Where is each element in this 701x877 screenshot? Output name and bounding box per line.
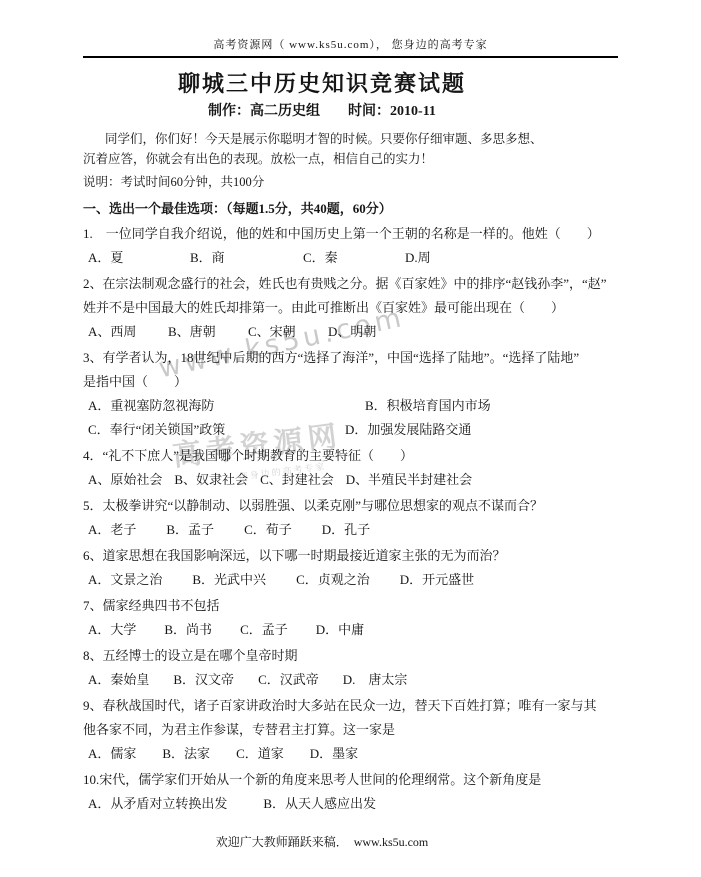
question-10-options: A．从矛盾对立转换出发 B．从天人感应出发: [83, 792, 618, 816]
subtitle-time: 时间：2010-11: [348, 104, 436, 119]
question-2-option-c: C、宋朝: [248, 320, 328, 344]
question-3-option-a: A．重视塞防忽视海防: [88, 394, 365, 418]
question-5-option-d: D．孔子: [322, 518, 370, 542]
question-2-option-b: B、唐朝: [168, 320, 248, 344]
question-6-text: 6、道家思想在我国影响深远，以下哪一时期最接近道家主张的无为而治？: [83, 544, 618, 568]
question-1-option-b: B．商: [190, 246, 303, 270]
question-9-option-a: A．儒家: [88, 742, 136, 766]
question-5-options: A．老子 B．孟子 C．荀子 D．孔子: [83, 518, 618, 542]
question-5-option-c: C．荀子: [244, 518, 292, 542]
question-8-option-d: D. 唐太宗: [343, 668, 408, 692]
question-8: 8、五经博士的设立是在哪个皇帝时期 A．秦始皇 B．汉文帝 C．汉武帝 D. 唐…: [83, 644, 618, 692]
question-3: 3、有学者认为，18世纪中后期的西方“选择了海洋”，中国“选择了陆地”。“选择了…: [83, 346, 618, 442]
question-2-option-a: A、西周: [88, 320, 168, 344]
intro-paragraph: 同学们，你们好！今天是展示你聪明才智的时候。只要你仔细审题、多思多想、 沉着应答…: [83, 129, 618, 169]
subtitle-maker: 制作：高二历史组: [208, 104, 320, 119]
question-4-text: 4．“礼不下庶人”是我国哪个时期教育的主要特征（ ）: [83, 444, 618, 468]
question-4-option-a: A、原始社会: [88, 468, 162, 492]
document-page: www.ks5u.com 高考资源网 您身边的高考专家 高考资源网（ www.k…: [0, 0, 701, 877]
question-1-option-a: A．夏: [88, 246, 190, 270]
question-10-option-a: A．从矛盾对立转换出发: [88, 792, 227, 816]
question-1-option-d: D.周: [405, 246, 431, 270]
question-6-options: A．文景之治 B．光武中兴 C．贞观之治 D．开元盛世: [83, 568, 618, 592]
question-9-text-line-1: 9、春秋战国时代，诸子百家讲政治时大多站在民众一边，替天下百姓打算；唯有一家与其: [83, 694, 618, 718]
question-2-text-line-2: 姓并不是中国最大的姓氏却排第一。由此可推断出《百家姓》最可能出现在（ ）: [83, 296, 618, 320]
question-2-options: A、西周 B、唐朝 C、宋朝 D、明朝: [83, 320, 618, 344]
question-7-option-d: D．中庸: [316, 618, 364, 642]
footer-text: 欢迎广大教师踊跃来稿． www.ks5u.com: [83, 834, 561, 850]
question-4-options: A、原始社会 B、奴隶社会 C、封建社会 D、半殖民半封建社会: [83, 468, 618, 492]
question-1: 1. 一位同学自我介绍说，他的姓和中国历史上第一个王朝的名称是一样的。他姓（ ）…: [83, 222, 618, 270]
question-1-option-c: C．秦: [303, 246, 405, 270]
page-content: 高考资源网（ www.ks5u.com）， 您身边的高考专家 聊城三中历史知识竞…: [83, 38, 618, 850]
question-3-option-b: B．积极培育国内市场: [365, 394, 491, 418]
question-9-text-line-2: 他各家不同，为君主作参谋，专替君主打算。这一家是: [83, 718, 618, 742]
subtitle-line: 制作：高二历史组时间：2010-11: [83, 102, 561, 121]
question-3-text-line-2: 是指中国（ ）: [83, 370, 618, 394]
intro-line-2: 沉着应答，你就会有出色的表现。放松一点，相信自己的实力！: [83, 149, 618, 169]
question-8-option-a: A．秦始皇: [88, 668, 149, 692]
question-8-text: 8、五经博士的设立是在哪个皇帝时期: [83, 644, 618, 668]
question-3-options-row-2: C．奉行“闭关锁国”政策 D．加强发展陆路交通: [83, 418, 618, 442]
question-9: 9、春秋战国时代，诸子百家讲政治时大多站在民众一边，替天下百姓打算；唯有一家与其…: [83, 694, 618, 766]
question-3-option-d: D．加强发展陆路交通: [345, 418, 471, 442]
question-8-options: A．秦始皇 B．汉文帝 C．汉武帝 D. 唐太宗: [83, 668, 618, 692]
question-1-text: 1. 一位同学自我介绍说，他的姓和中国历史上第一个王朝的名称是一样的。他姓（ ）: [83, 222, 618, 246]
question-6-option-a: A．文景之治: [88, 568, 162, 592]
question-1-options: A．夏 B．商 C．秦 D.周: [83, 246, 618, 270]
question-6-option-d: D．开元盛世: [400, 568, 474, 592]
intro-line-1: 同学们，你们好！今天是展示你聪明才智的时候。只要你仔细审题、多思多想、: [83, 129, 618, 149]
question-7-option-a: A．大学: [88, 618, 136, 642]
question-3-option-c: C．奉行“闭关锁国”政策: [88, 418, 345, 442]
question-9-option-c: C．道家: [236, 742, 284, 766]
question-5-option-b: B．孟子: [166, 518, 214, 542]
question-6-option-c: C．贞观之治: [296, 568, 370, 592]
question-7-option-c: C．孟子: [240, 618, 288, 642]
question-2-text-line-1: 2、在宗法制观念盛行的社会，姓氏也有贵贱之分。据《百家姓》中的排序“赵钱孙李”，…: [83, 272, 618, 296]
question-8-option-b: B．汉文帝: [173, 668, 234, 692]
question-4-option-c: C、封建社会: [260, 468, 334, 492]
question-5: 5．太极拳讲究“以静制动、以弱胜强、以柔克刚”与哪位思想家的观点不谋而合？ A．…: [83, 494, 618, 542]
question-5-text: 5．太极拳讲究“以静制动、以弱胜强、以柔克刚”与哪位思想家的观点不谋而合？: [83, 494, 618, 518]
question-5-option-a: A．老子: [88, 518, 136, 542]
question-7-options: A．大学 B．尚书 C．孟子 D．中庸: [83, 618, 618, 642]
question-10: 10.宋代，儒学家们开始从一个新的角度来思考人世间的伦理纲常。这个新角度是 A．…: [83, 768, 618, 816]
exam-note: 说明：考试时间60分钟，共100分: [83, 172, 618, 193]
question-9-option-d: D．墨家: [310, 742, 358, 766]
question-9-options: A．儒家 B．法家 C．道家 D．墨家: [83, 742, 618, 766]
question-7-option-b: B．尚书: [164, 618, 212, 642]
question-3-options-row-1: A．重视塞防忽视海防 B．积极培育国内市场: [83, 394, 618, 418]
section-heading: 一、选出一个最佳选项：（每题1.5分，共40题，60分）: [83, 197, 618, 220]
question-4-option-d: D、半殖民半封建社会: [346, 468, 472, 492]
question-8-option-c: C．汉武帝: [258, 668, 319, 692]
question-7: 7、儒家经典四书不包括 A．大学 B．尚书 C．孟子 D．中庸: [83, 594, 618, 642]
question-7-text: 7、儒家经典四书不包括: [83, 594, 618, 618]
question-4-option-b: B、奴隶社会: [174, 468, 248, 492]
header-site-line: 高考资源网（ www.ks5u.com）， 您身边的高考专家: [83, 38, 618, 52]
question-6-option-b: B．光武中兴: [192, 568, 266, 592]
question-2: 2、在宗法制观念盛行的社会，姓氏也有贵贱之分。据《百家姓》中的排序“赵钱孙李”，…: [83, 272, 618, 344]
header-divider: [83, 56, 618, 58]
question-9-option-b: B．法家: [162, 742, 210, 766]
question-10-option-b: B．从天人感应出发: [263, 792, 376, 816]
question-10-text: 10.宋代，儒学家们开始从一个新的角度来思考人世间的伦理纲常。这个新角度是: [83, 768, 618, 792]
question-3-text-line-1: 3、有学者认为，18世纪中后期的西方“选择了海洋”，中国“选择了陆地”。“选择了…: [83, 346, 618, 370]
question-6: 6、道家思想在我国影响深远，以下哪一时期最接近道家主张的无为而治？ A．文景之治…: [83, 544, 618, 592]
question-4: 4．“礼不下庶人”是我国哪个时期教育的主要特征（ ） A、原始社会 B、奴隶社会…: [83, 444, 618, 492]
question-2-option-d: D、明朝: [328, 320, 376, 344]
page-title: 聊城三中历史知识竞赛试题: [83, 71, 561, 97]
